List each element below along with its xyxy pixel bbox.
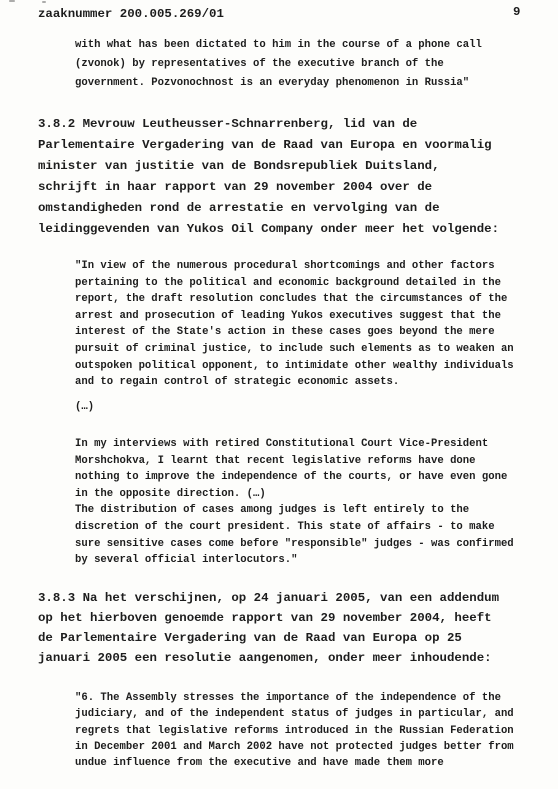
- page-number: 9: [513, 5, 520, 19]
- scan-artifact: [42, 1, 46, 3]
- quote-assembly-resolution: "6. The Assembly stresses the importance…: [75, 690, 535, 771]
- quote-phone-call: with what has been dictated to him in th…: [75, 36, 535, 93]
- document-page: zaaknummer 200.005.269/01 9 with what ha…: [0, 0, 558, 789]
- case-number: zaaknummer 200.005.269/01: [38, 7, 224, 21]
- scan-artifact: [9, 0, 15, 2]
- ellipsis-mark: (…): [75, 399, 535, 416]
- paragraph-3-8-3: 3.8.3 Na het verschijnen, op 24 januari …: [38, 588, 530, 668]
- quote-interviews: In my interviews with retired Constituti…: [75, 436, 535, 569]
- quote-yukos-report: "In view of the numerous procedural shor…: [75, 258, 535, 391]
- paragraph-3-8-2: 3.8.2 Mevrouw Leutheusser-Schnarrenberg,…: [38, 114, 530, 240]
